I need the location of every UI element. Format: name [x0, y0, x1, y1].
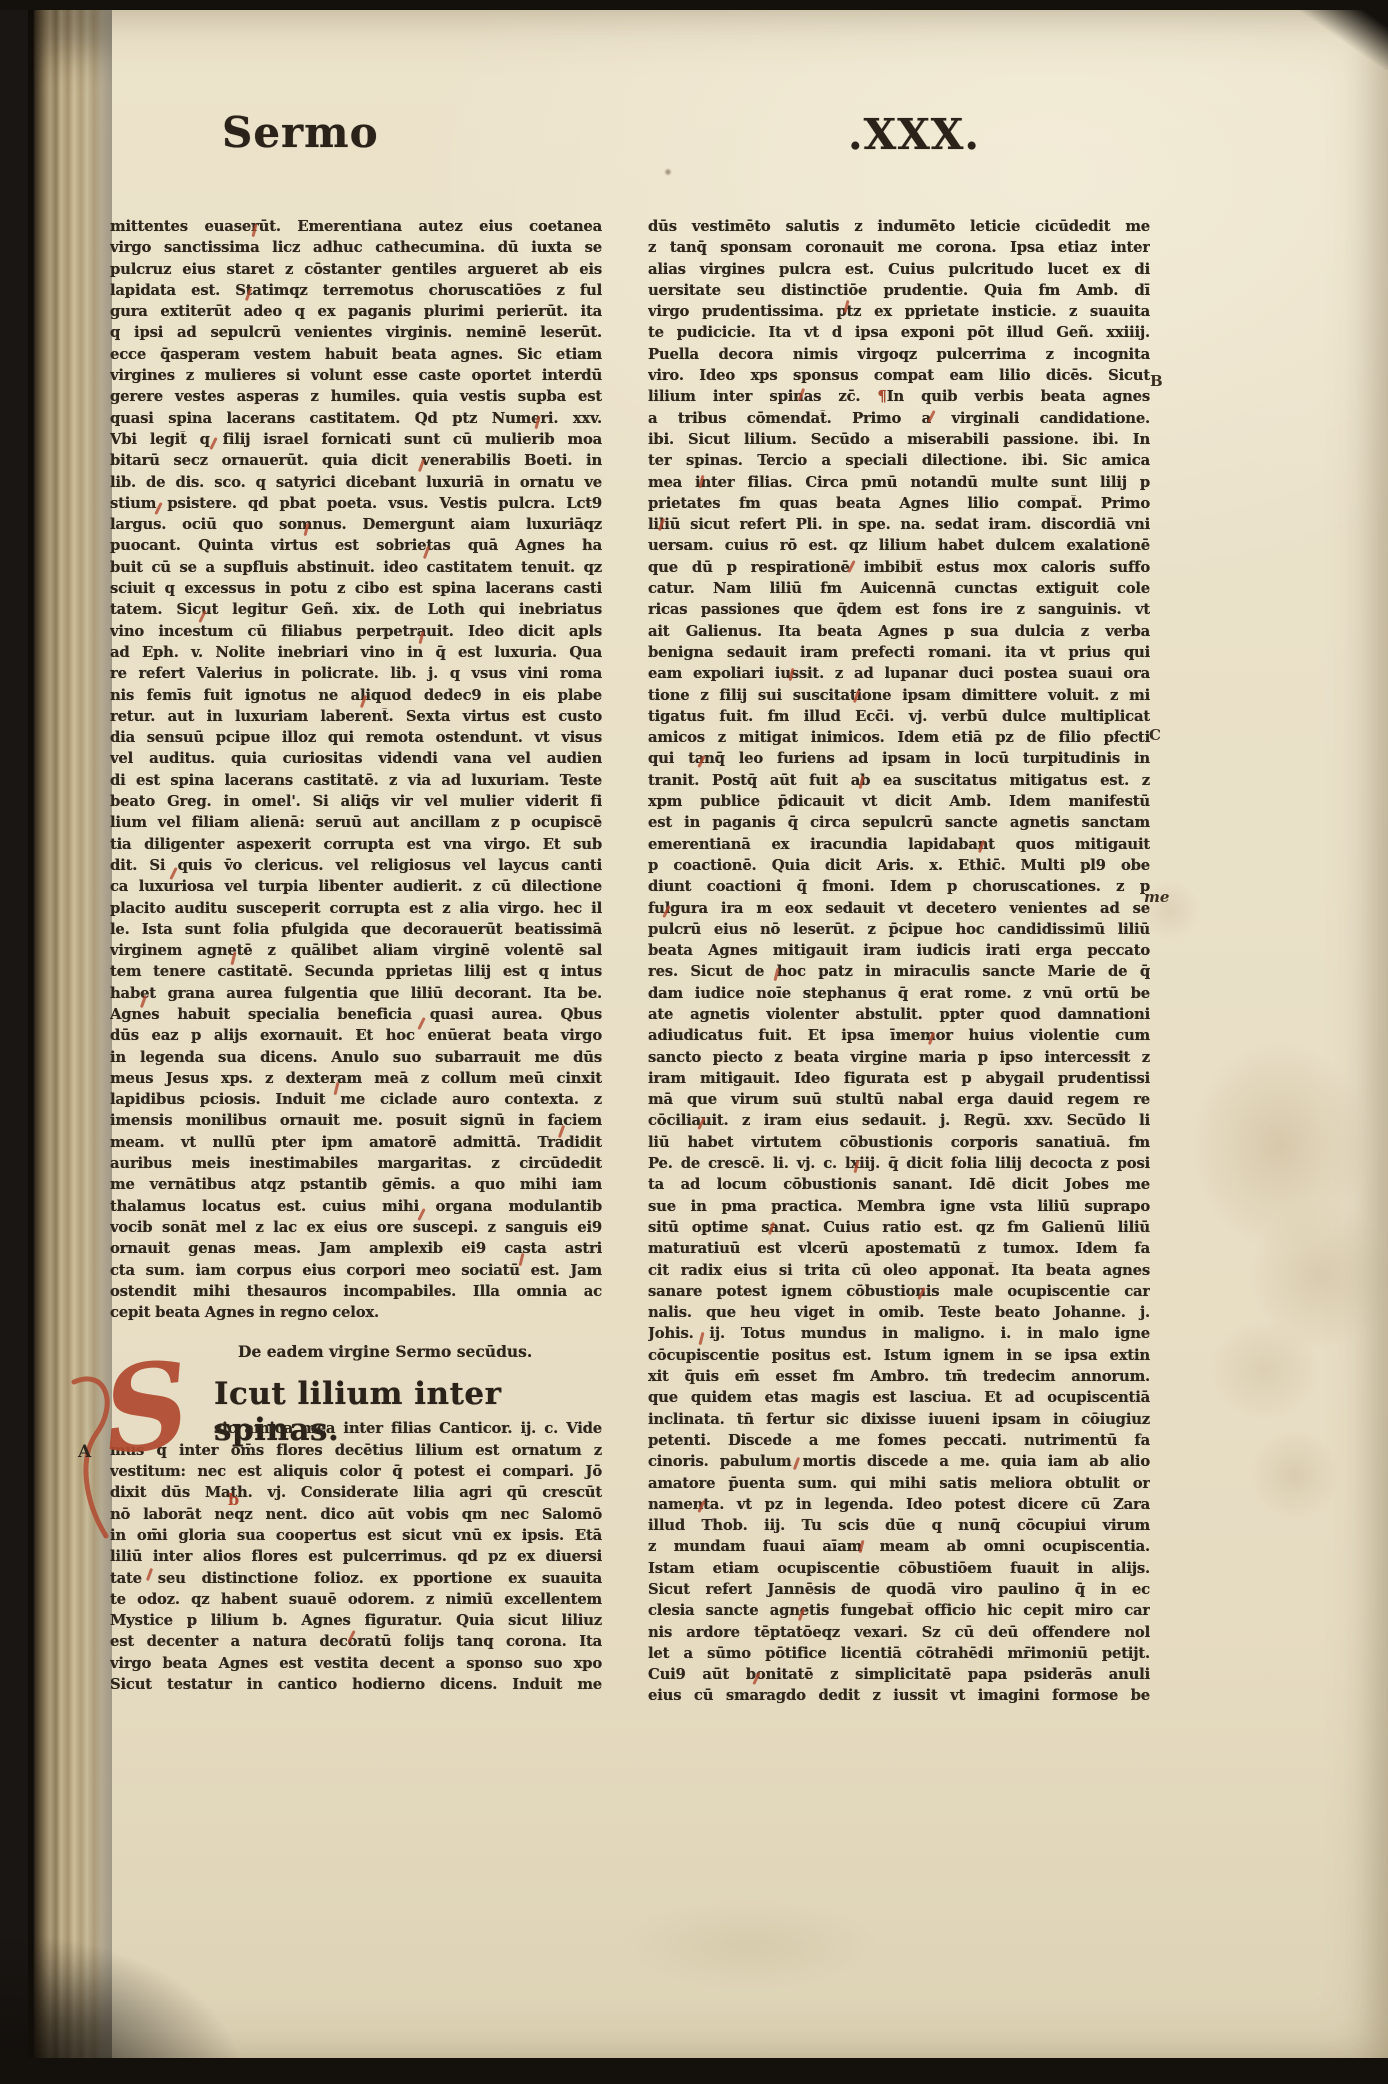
text-line: largus. ociū quo somnus. Demergunt aiam …: [110, 516, 602, 537]
text-line: que dū p respirationē imbibit̄ estus mox…: [648, 559, 1150, 580]
text-line: re refert Valerius in policrate. lib. j.…: [110, 665, 602, 686]
text-line: illud Thob. iij. Tu scis dūe q nunq̄ cōc…: [648, 1517, 1150, 1538]
text-line: Sicut testatur in cantico hodierno dicen…: [110, 1676, 602, 1697]
text-line: amicos z mitigat inimicos. Idem etiā pz …: [648, 729, 1150, 750]
text-line: cepit beata Agnes in regno celox.: [110, 1304, 602, 1325]
text-line: ostendit mihi thesauros incompabiles. Il…: [110, 1283, 602, 1304]
text-line: prietates fm quas beata Agnes lilio comp…: [648, 495, 1150, 516]
text-line: Puella decora nimis virgoqz pulcerrima z…: [648, 346, 1150, 367]
text-line: dia sensuū pcipue illoz qui remota osten…: [110, 729, 602, 750]
text-line: placito auditu susceperit corrupta est z…: [110, 900, 602, 921]
text-line: auribus meis inestimabiles margaritas. z…: [110, 1155, 602, 1176]
photo-frame-bottom: [0, 2058, 1388, 2084]
text-line: ecce q̄asperam vestem habuit beata agnes…: [110, 346, 602, 367]
text-line: xit q̄uis em̄ esset fm Ambro. tm̄ tredec…: [648, 1368, 1150, 1389]
text-line: catur. Nam liliū fm Auicennā cunctas ext…: [648, 580, 1150, 601]
text-line: Vbi legit̄ q filij israel fornicati sunt…: [110, 431, 602, 452]
text-line: cit radix eius si trita cū oleo apponat̄…: [648, 1262, 1150, 1283]
text-line: vel auditus. quia curiositas videndi van…: [110, 750, 602, 771]
text-line: vocib sonāt mel z lac ex eius ore suscep…: [110, 1219, 602, 1240]
text-line: cinoris. pabulum mortis discede a me. qu…: [648, 1453, 1150, 1474]
text-line: est in paganis q̄ circa sepulcrū sancte …: [648, 814, 1150, 835]
text-line: Cui9 aūt bonitatē z simplicitatē papa ps…: [648, 1666, 1150, 1687]
text-line: uersam. cuius rō est. qz lilium habet du…: [648, 537, 1150, 558]
text-line: me vernātibus atqz pstantib gēmis. a quo…: [110, 1176, 602, 1197]
text-line: puocant. Quinta virtus est sobrietas quā…: [110, 537, 602, 558]
text-line: tia diligenter aspexerit corrupta est vn…: [110, 836, 602, 857]
text-line: vino incestum cū filiabus perpetrauit. I…: [110, 623, 602, 644]
text-line: dam iudice noīe stephanus q̄ erat rome. …: [648, 985, 1150, 1006]
text-line: buit cū se a supfluis abstinuit. ideo ca…: [110, 559, 602, 580]
text-line: dit. Si quis v̄o clericus. vel religiosu…: [110, 857, 602, 878]
text-line: namenta. vt pz in legenda. Ideo potest d…: [648, 1496, 1150, 1517]
text-line: let a sūmo pōtifice licentiā cōtrahēdi m…: [648, 1645, 1150, 1666]
text-line: nis femīs fuit ignotus ne aliquod dedec9…: [110, 687, 602, 708]
text-line: te odoz. qz habent suauē odorem. z nimiū…: [110, 1591, 602, 1612]
text-line: beato Greg. in omel'. Si aliq̄s vir vel …: [110, 793, 602, 814]
text-line: est decenter a natura decoratū folijs ta…: [110, 1633, 602, 1654]
text-line: p coactionē. Quia dicit Aris. x. Ethic̄.…: [648, 857, 1150, 878]
text-line: meam. vt nullū pter ipm amatorē admittā.…: [110, 1134, 602, 1155]
text-line: a tribus cōmendat̄. Primo a virginali ca…: [648, 410, 1150, 431]
text-line: Pe. de crescē. li. vj. c. lxiij. q̄ dici…: [648, 1155, 1150, 1176]
text-line: iram mitigauit. Ideo figurata est p abyg…: [648, 1070, 1150, 1091]
text-line: ibi. Sicut lilium. Secūdo a miserabili p…: [648, 431, 1150, 452]
text-line: nalis. que heu viget in omib. Teste beat…: [648, 1304, 1150, 1325]
text-line: sciuit q excessus in potu z cibo est spi…: [110, 580, 602, 601]
text-line: thalamus locatus est. cuius mihi organa …: [110, 1198, 602, 1219]
text-line: qui tanq̄ leo furiens ad ipsam in locū t…: [648, 750, 1150, 771]
text-line: gura extiterūt adeo q ex paganis plurimi…: [110, 303, 602, 324]
text-line: virginem agnetē z quālibet aliam virginē…: [110, 942, 602, 963]
text-line: virgo beata Agnes est vestita decent a s…: [110, 1655, 602, 1676]
text-line: Mystice p lilium b. Agnes figuratur. Qui…: [110, 1612, 602, 1633]
text-line: emerentianā ex iracundia lapidabant quos…: [648, 836, 1150, 857]
text-line: tione z filij sui suscitatione ipsam dim…: [648, 687, 1150, 708]
text-line: ait Galienus. Ita beata Agnes p sua dulc…: [648, 623, 1150, 644]
text-line: nis ardore tēptatōeqz vexari. Sz cū deū …: [648, 1624, 1150, 1645]
text-line: mittentes euaserūt. Emerentiana autez ei…: [110, 218, 602, 239]
text-line: Istam etiam ocupiscentie cōbustiōem fuau…: [648, 1560, 1150, 1581]
text-line: gerere vestes asperas z humiles. quia ve…: [110, 388, 602, 409]
text-line: tem tenere castitatē. Secunda pprietas l…: [110, 963, 602, 984]
text-line: q ipsi ad sepulcrū venientes virginis. n…: [110, 324, 602, 345]
text-line: adiudicatus fuit. Et ipsa īmemor huius v…: [648, 1027, 1150, 1048]
text-line: retur. aut in luxuriam laberent̄. Sexta …: [110, 708, 602, 729]
text-line: sancto piecto z beata virgine maria p ip…: [648, 1049, 1150, 1070]
text-line: le. Ista sunt folia pfulgida que decorau…: [110, 921, 602, 942]
right-text-column: dūs vestimēto salutis z indumēto leticie…: [648, 218, 1150, 1709]
text-line: ta ad locum cōbustionis sanant. Idē dici…: [648, 1176, 1150, 1197]
text-line: quasi spina lacerans castitatem. Qd ptz …: [110, 410, 602, 431]
text-line: meus Jesus xps. z dexteram meā z collum …: [110, 1070, 602, 1091]
text-line: benigna sedauit iram prefecti romani. it…: [648, 644, 1150, 665]
text-line: Sicut refert Jannēsis de quodā viro paul…: [648, 1581, 1150, 1602]
text-line: ricas passiones que q̄dem est fons ire z…: [648, 601, 1150, 622]
text-line: tate seu distinctione folioz. ex pportio…: [110, 1570, 602, 1591]
page-edges-gutter: [28, 10, 112, 2064]
text-line: beata Agnes mitigauit iram iudicis irati…: [648, 942, 1150, 963]
text-line: sanare potest ignem cōbustionis male ocu…: [648, 1283, 1150, 1304]
text-line: virgines z mulieres si volunt esse caste…: [110, 367, 602, 388]
photo-frame-top: [0, 0, 1388, 10]
right-paragraph: dūs vestimēto salutis z indumēto leticie…: [648, 218, 1150, 1709]
text-line: eam expoliari iussit. z ad lupanar duci …: [648, 665, 1150, 686]
text-line: lapidibus pciosis. Induit me ciclade aur…: [110, 1091, 602, 1112]
text-line: xpm publice p̄dicauit vt dicit Amb. Idem…: [648, 793, 1150, 814]
text-line: alias virgines pulcra est. Cuius pulcrit…: [648, 261, 1150, 282]
text-line: dūs vestimēto salutis z indumēto leticie…: [648, 218, 1150, 239]
text-line: res. Sicut de hoc patz in miraculis sanc…: [648, 963, 1150, 984]
incipit-block: S A Icut lilium inter spinas. sic amica …: [110, 1376, 602, 1697]
guide-letter-a: A: [78, 1442, 91, 1462]
text-line: cta sum. iam corpus eius corpori meo soc…: [110, 1262, 602, 1283]
text-line: petenti. Discede a me fomes peccati. nut…: [648, 1432, 1150, 1453]
text-line: imensis monilibus ornauit me. posuit sig…: [110, 1112, 602, 1133]
text-line: te pudicicie. Ita vt d ipsa exponi pōt i…: [648, 324, 1150, 345]
shadow-top-right: [1268, 0, 1388, 70]
text-line: tigatus fuit. fm illud Ecc̄i. vj. verbū …: [648, 708, 1150, 729]
text-line: virgo prudentissima. ptz ex pprietate in…: [648, 303, 1150, 324]
folio-number: .XXX.: [848, 110, 980, 159]
left-text-column: mittentes euaserūt. Emerentiana autez ei…: [110, 218, 602, 1697]
text-line: lapidata est. Statimqz terremotus chorus…: [110, 282, 602, 303]
text-line: z tanq̄ sponsam coronauit me corona. Ips…: [648, 239, 1150, 260]
text-line: sitū optime sanat. Cuius ratio est. qz f…: [648, 1219, 1150, 1240]
left-paragraph-1: mittentes euaserūt. Emerentiana autez ei…: [110, 218, 602, 1325]
text-line: liliū sicut refert Pli. in spe. na. seda…: [648, 516, 1150, 537]
text-line: fulgura ira m eox sedauit vt decetero ve…: [648, 900, 1150, 921]
margin-note-c: C: [1149, 726, 1161, 744]
text-line: virgo sanctissima licz adhuc cathecumina…: [110, 239, 602, 260]
text-line: clesia sancte agnetis fungebat̄ officio …: [648, 1602, 1150, 1623]
text-line: eius cū smaragdo dedit z iussit vt imagi…: [648, 1687, 1150, 1708]
running-title-left: Sermo: [222, 108, 379, 157]
margin-note-me: me: [1144, 888, 1169, 906]
text-line: lilium inter spinas zc̄. ¶In quib verbis…: [648, 388, 1150, 409]
text-line: dūs eaz p alijs exornauit. Et hoc enūera…: [110, 1027, 602, 1048]
rubricated-initial-s: S: [99, 1354, 194, 1462]
shadow-bottom-left: [0, 1854, 340, 2084]
text-line: in legenda sua dicens. Anulo suo subarra…: [110, 1049, 602, 1070]
text-line: mea inter filias. Circa pmū notandū mult…: [648, 474, 1150, 495]
interlinear-rubric-b: b: [228, 1490, 239, 1509]
text-line: liliū inter alios flores est pulcerrimus…: [110, 1548, 602, 1569]
text-line: diunt coactioni q̄ fmoni. Idem p chorusc…: [648, 878, 1150, 899]
text-line: amatore p̄uenta sum. qui mihi satis meli…: [648, 1475, 1150, 1496]
text-line: dixit dūs Math. vj. Considerate lilia ag…: [110, 1484, 602, 1505]
text-line: di est spina lacerans castitatē. z via a…: [110, 772, 602, 793]
text-line: tatem. Sicut legitur Geñ. xix. de Loth q…: [110, 601, 602, 622]
text-line: Agnes habuit specialia beneficia quasi a…: [110, 1006, 602, 1027]
text-line: pulcruz eius staret z cōstanter gentiles…: [110, 261, 602, 282]
text-line: in om̄i gloria sua coopertus est sicut v…: [110, 1527, 602, 1548]
left-paragraph-2: mus q inter om̄s flores decētius lilium …: [110, 1442, 602, 1698]
text-line: liū habet virtutem cōbustionis corporis …: [648, 1134, 1150, 1155]
pilcrow-mark: ¶: [877, 388, 886, 405]
text-line: que quidem etas magis est lasciua. Et ad…: [648, 1389, 1150, 1410]
text-line: ter spinas. Tercio a speciali dilectione…: [648, 452, 1150, 473]
text-line: cōciliauit. z iram eius sedauit. j. Regū…: [648, 1112, 1150, 1133]
text-line: mā que virum suū stultū nabal erga dauid…: [648, 1091, 1150, 1112]
text-line: cōcupiscentie positus est. Istum ignem i…: [648, 1347, 1150, 1368]
text-line: Johis. ij. Totus mundus in maligno. i. i…: [648, 1325, 1150, 1346]
text-line: z mundam fuaui aīam meam ab omni ocupisc…: [648, 1538, 1150, 1559]
text-line: ad Eph. v. Nolite inebriari vino in q̄ e…: [110, 644, 602, 665]
text-line: ate agnetis violenter abstulit. ppter qu…: [648, 1006, 1150, 1027]
text-line: ca luxuriosa vel turpia libenter audieri…: [110, 878, 602, 899]
text-line: ornauit genas meas. Jam amplexib ei9 cas…: [110, 1240, 602, 1261]
text-line: viro. Ideo xps sponsus compat eam lilio …: [648, 367, 1150, 388]
text-line: lib. de dis. sco. q satyrici dicebant lu…: [110, 474, 602, 495]
text-line: bitarū secz ornauerūt. quia dicit venera…: [110, 452, 602, 473]
text-line: uersitate seu distinctiōe prudentie. Qui…: [648, 282, 1150, 303]
text-line: habet grana aurea fulgentia que liliū de…: [110, 985, 602, 1006]
text-line: sue in pma practica. Membra igne vsta li…: [648, 1198, 1150, 1219]
margin-note-b: B: [1150, 372, 1163, 390]
photographed-book-page: Sermo .XXX. mittentes euaserūt. Emerenti…: [0, 0, 1388, 2084]
text-line: maturatiuū est vlcerū apostematū z tumox…: [648, 1240, 1150, 1261]
text-line: tranit. Postq̄ aūt fuit ab ea suscitatus…: [648, 772, 1150, 793]
text-line: stium psistere. qd pbat poeta. vsus. Ves…: [110, 495, 602, 516]
text-line: lium vel filiam alienā: seruū aut ancill…: [110, 814, 602, 835]
text-line: pulcrū eius nō leserūt. z p̄cipue hoc ca…: [648, 921, 1150, 942]
text-line: inclinata. tn̄ fertur sic dixisse iuueni…: [648, 1411, 1150, 1432]
text-line: nō laborāt neqz nent. dico aūt vobis qm …: [110, 1506, 602, 1527]
